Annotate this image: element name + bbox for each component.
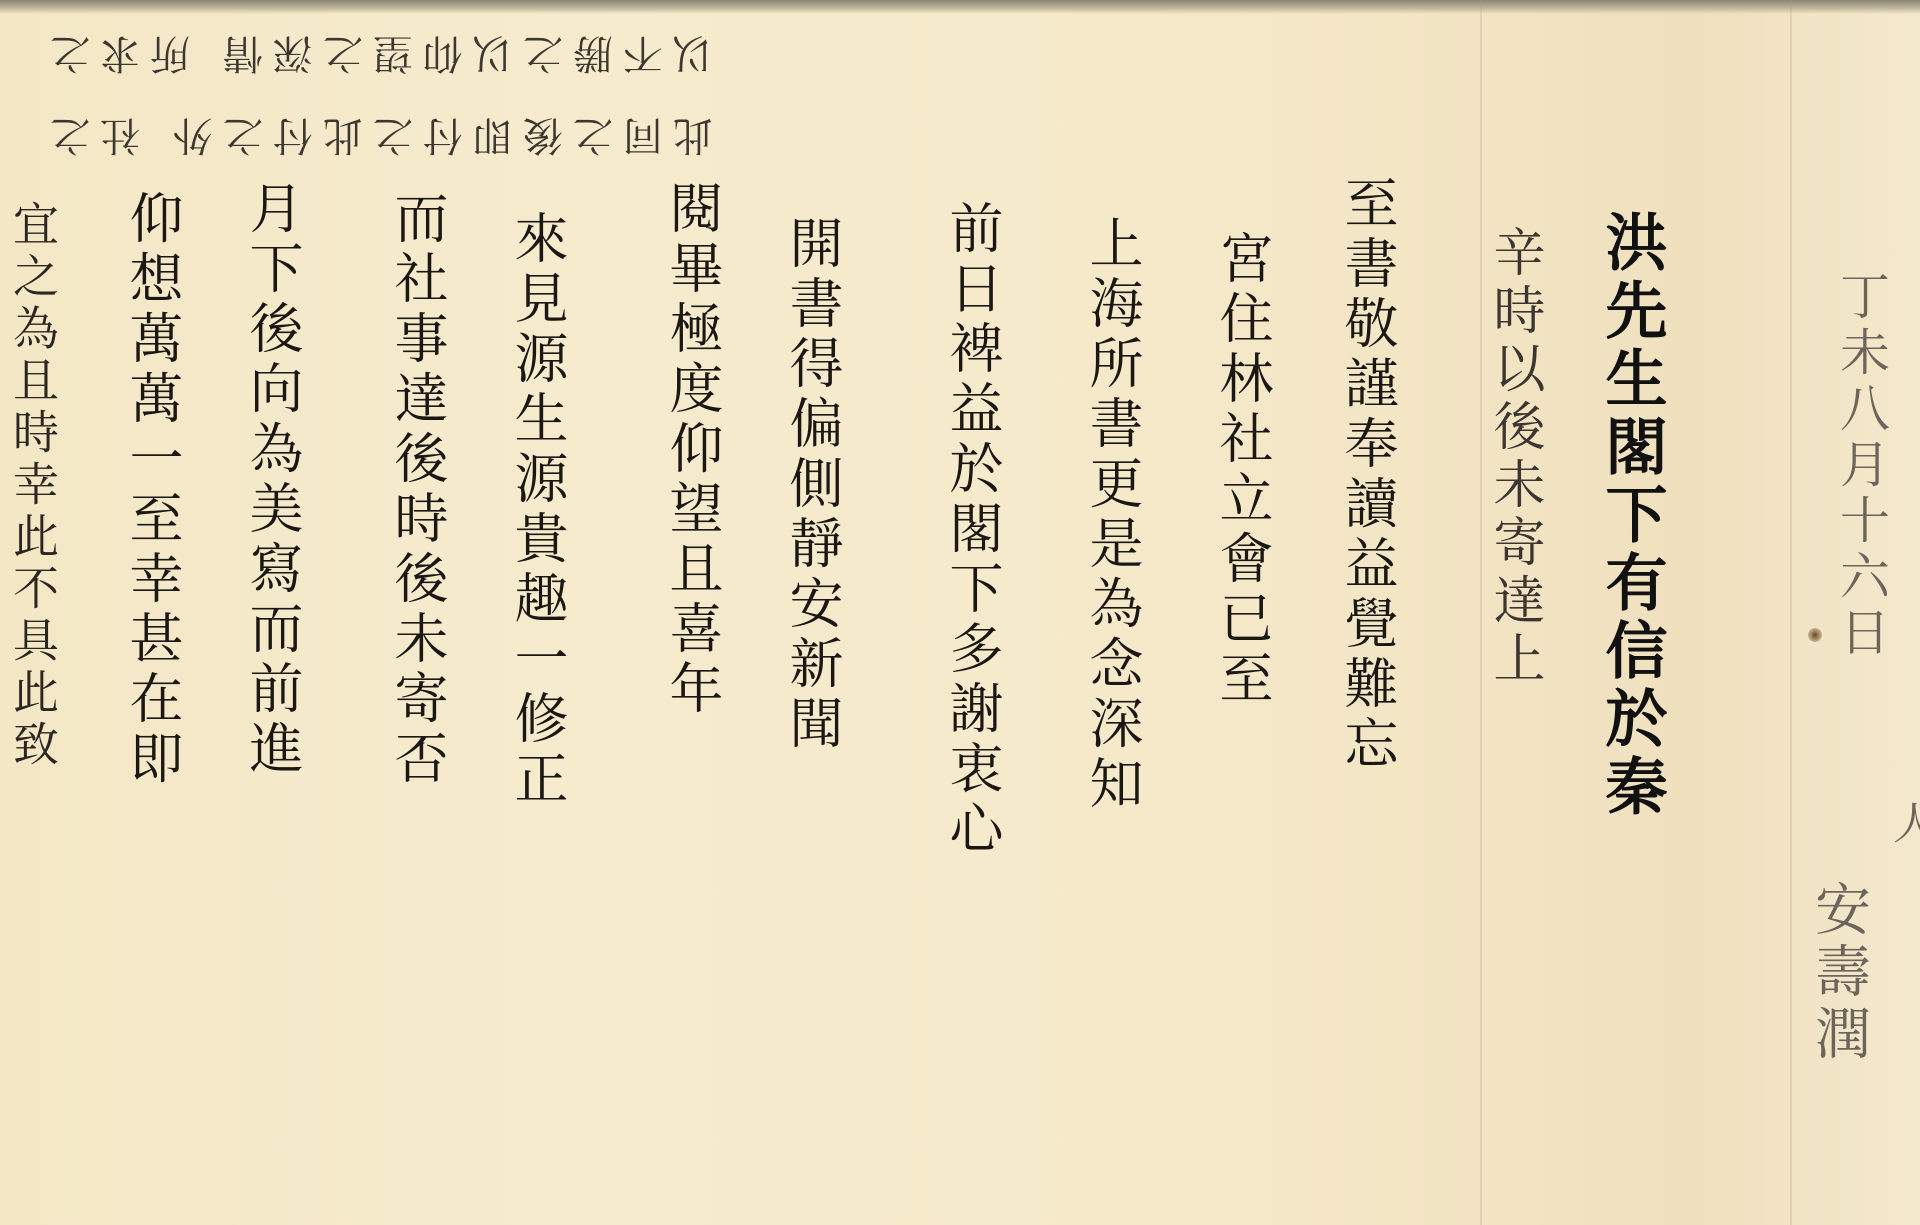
letter-column-1: 洪先生閣下有信於秦 [1600,210,1662,822]
letter-column-9: 來見源生源貴趣一修正 [510,210,564,810]
letter-column-4: 宮住林社立會已至 [1215,230,1269,710]
letter-column-10: 而社事達後時後未寄否 [390,190,444,790]
scan-top-edge [0,0,1920,14]
top-annotation-line-2: 此同之後即付之此付之外 社之 [40,110,713,167]
letter-date: 丁未八月十六日 [1836,270,1886,662]
ink-stain [1808,628,1822,642]
recipient-suffix: 人 [1888,800,1920,850]
letter-column-11: 月下後向為美寫而前進 [245,180,299,780]
paper-fold-line [1480,0,1482,1225]
letter-column-5: 上海所書更是為念深知 [1085,215,1139,815]
signature: 安壽潤 [1810,880,1866,1066]
letter-column-6: 前日裨益於閣下多謝衷心 [945,200,999,860]
letter-column-2: 辛時以後未寄達上 [1488,225,1540,689]
letter-column-7: 開書得偏側靜安新聞 [785,215,839,755]
letter-column-12: 仰想萬萬一至幸甚在即 [125,190,179,790]
letter-column-13: 宜之為且時幸此不具此致 [10,200,56,772]
top-annotation-line-1: 以不勝之以仰望之深情 所求之 [40,28,713,85]
letter-column-8: 閱畢極度仰望且喜年 [665,180,719,720]
letter-column-3: 至書敬謹奉讀益覺難忘 [1340,175,1394,775]
paper-fold-line [1790,0,1792,1225]
